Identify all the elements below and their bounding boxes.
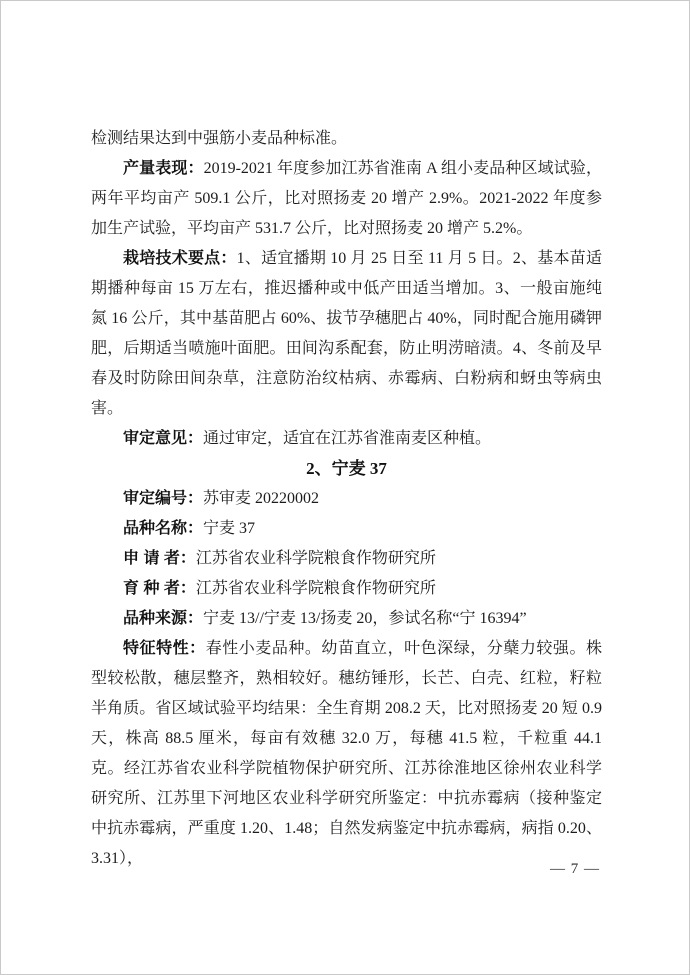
section-heading: 2、宁麦 37 [91,454,602,484]
field-approval-number-value: 苏审麦 20220002 [203,490,319,507]
field-characteristics-value: 春性小麦品种。幼苗直立，叶色深绿，分蘖力较强。株型较松散，穗层整齐，熟相较好。穗… [91,640,602,867]
field-variety-source: 品种来源：宁麦 13//宁麦 13/扬麦 20，参试名称“宁 16394” [91,604,602,634]
field-variety-name-label: 品种名称： [123,520,203,537]
paragraph-cultivation-text: 1、适宜播期 10 月 25 日至 11 月 5 日。2、基本苗适期播种每亩 1… [91,250,602,417]
field-approval-number: 审定编号：苏审麦 20220002 [91,484,602,514]
field-variety-source-label: 品种来源： [123,610,203,627]
page-number: — 7 — [550,857,600,881]
field-breeder: 育 种 者：江苏省农业科学院粮食作物研究所 [91,574,602,604]
page-content: 检测结果达到中强筋小麦品种标准。 产量表现：2019-2021 年度参加江苏省淮… [91,124,602,874]
field-variety-name: 品种名称：宁麦 37 [91,514,602,544]
field-applicant-label: 申 请 者： [123,550,196,567]
paragraph-yield-performance: 产量表现：2019-2021 年度参加江苏省淮南 A 组小麦品种区域试验，两年平… [91,154,602,244]
paragraph-yield-label: 产量表现： [123,160,204,177]
paragraph-continuation: 检测结果达到中强筋小麦品种标准。 [91,124,602,154]
paragraph-cultivation-label: 栽培技术要点： [123,250,237,267]
field-applicant-value: 江苏省农业科学院粮食作物研究所 [196,550,436,567]
field-characteristics-label: 特征特性： [123,640,206,657]
field-breeder-label: 育 种 者： [123,580,196,597]
paragraph-cultivation-techniques: 栽培技术要点：1、适宜播期 10 月 25 日至 11 月 5 日。2、基本苗适… [91,244,602,424]
paragraph-approval-text: 通过审定，适宜在江苏省淮南麦区种植。 [203,430,491,447]
paragraph-approval-label: 审定意见： [123,430,203,447]
document-page: 检测结果达到中强筋小麦品种标准。 产量表现：2019-2021 年度参加江苏省淮… [0,0,690,975]
field-variety-source-value: 宁麦 13//宁麦 13/扬麦 20，参试名称“宁 16394” [203,610,527,627]
paragraph-approval-opinion: 审定意见：通过审定，适宜在江苏省淮南麦区种植。 [91,424,602,454]
field-variety-name-value: 宁麦 37 [203,520,255,537]
field-characteristics: 特征特性：春性小麦品种。幼苗直立，叶色深绿，分蘖力较强。株型较松散，穗层整齐，熟… [91,634,602,874]
field-applicant: 申 请 者：江苏省农业科学院粮食作物研究所 [91,544,602,574]
field-breeder-value: 江苏省农业科学院粮食作物研究所 [196,580,436,597]
field-approval-number-label: 审定编号： [123,490,203,507]
